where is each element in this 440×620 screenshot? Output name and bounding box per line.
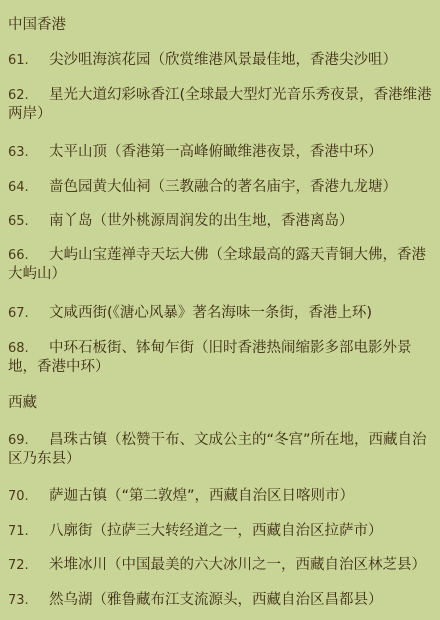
item-text: 八廓街（拉萨三大转经道之一，西藏自治区拉萨市） bbox=[49, 523, 383, 539]
item-text: 萨迦古镇（“第二敦煌”，西藏自治区日喀则市） bbox=[49, 488, 354, 504]
section-heading-tibet: 西藏 bbox=[8, 394, 37, 412]
item-text: 南丫岛（世外桃源周润发的出生地，香港离岛） bbox=[49, 213, 354, 229]
item-text: 大屿山宝莲禅寺天坛大佛（全球最高的露天青铜大佛，香港大屿山） bbox=[8, 247, 426, 282]
list-item: 72.米堆冰川（中国最美的六大冰川之一，西藏自治区林芝县） bbox=[8, 556, 432, 575]
section-heading-hongkong: 中国香港 bbox=[8, 16, 66, 34]
item-text: 然乌湖（雅鲁藏布江支流源头，西藏自治区昌都县） bbox=[49, 592, 383, 608]
item-number: 68. bbox=[8, 340, 49, 358]
item-text: 昌珠古镇（松赞干布、文成公主的“冬宫”所在地，西藏自治区乃东县） bbox=[8, 432, 427, 467]
item-text: 中环石板街、钵甸乍街（旧时香港热闹缩影多部电影外景地，香港中环） bbox=[8, 340, 412, 375]
item-text: 星光大道幻彩咏香江(全球最大型灯光音乐秀夜景，香港维港两岸） bbox=[8, 87, 432, 122]
list-item: 66.大屿山宝莲禅寺天坛大佛（全球最高的露天青铜大佛，香港大屿山） bbox=[8, 246, 432, 283]
item-number: 67. bbox=[8, 305, 49, 323]
item-number: 63. bbox=[8, 144, 49, 162]
list-item: 73.然乌湖（雅鲁藏布江支流源头，西藏自治区昌都县） bbox=[8, 591, 432, 610]
list-item: 61.尖沙咀海滨花园（欣赏维港风景最佳地，香港尖沙咀） bbox=[8, 51, 432, 70]
item-number: 70. bbox=[8, 488, 49, 506]
item-number: 65. bbox=[8, 213, 49, 231]
list-item: 71.八廓街（拉萨三大转经道之一，西藏自治区拉萨市） bbox=[8, 522, 432, 541]
list-item: 68.中环石板街、钵甸乍街（旧时香港热闹缩影多部电影外景地，香港中环） bbox=[8, 339, 432, 376]
item-text: 啬色园黄大仙祠（三教融合的著名庙宇，香港九龙塘） bbox=[49, 179, 397, 195]
item-text: 尖沙咀海滨花园（欣赏维港风景最佳地，香港尖沙咀） bbox=[49, 52, 397, 68]
item-text: 文咸西街(《溏心风暴》著名海味一条街，香港上环) bbox=[49, 305, 372, 321]
list-item: 70.萨迦古镇（“第二敦煌”，西藏自治区日喀则市） bbox=[8, 487, 432, 506]
item-number: 69. bbox=[8, 432, 49, 450]
item-number: 73. bbox=[8, 592, 49, 610]
list-item: 63.太平山顶（香港第一高峰俯瞰维港夜景，香港中环） bbox=[8, 143, 432, 162]
item-number: 66. bbox=[8, 247, 49, 265]
list-item: 69.昌珠古镇（松赞干布、文成公主的“冬宫”所在地，西藏自治区乃东县） bbox=[8, 431, 432, 468]
item-number: 71. bbox=[8, 523, 49, 541]
list-item: 67.文咸西街(《溏心风暴》著名海味一条街，香港上环) bbox=[8, 304, 432, 323]
item-number: 61. bbox=[8, 52, 49, 70]
list-item: 64.啬色园黄大仙祠（三教融合的著名庙宇，香港九龙塘） bbox=[8, 178, 432, 197]
item-number: 62. bbox=[8, 87, 49, 105]
item-number: 64. bbox=[8, 179, 49, 197]
list-item: 62.星光大道幻彩咏香江(全球最大型灯光音乐秀夜景，香港维港两岸） bbox=[8, 86, 432, 123]
item-text: 米堆冰川（中国最美的六大冰川之一，西藏自治区林芝县） bbox=[49, 557, 426, 573]
item-number: 72. bbox=[8, 557, 49, 575]
list-item: 65.南丫岛（世外桃源周润发的出生地，香港离岛） bbox=[8, 212, 432, 231]
attraction-list-page: 中国香港 61.尖沙咀海滨花园（欣赏维港风景最佳地，香港尖沙咀） 62.星光大道… bbox=[0, 0, 440, 620]
item-text: 太平山顶（香港第一高峰俯瞰维港夜景，香港中环） bbox=[49, 144, 383, 160]
